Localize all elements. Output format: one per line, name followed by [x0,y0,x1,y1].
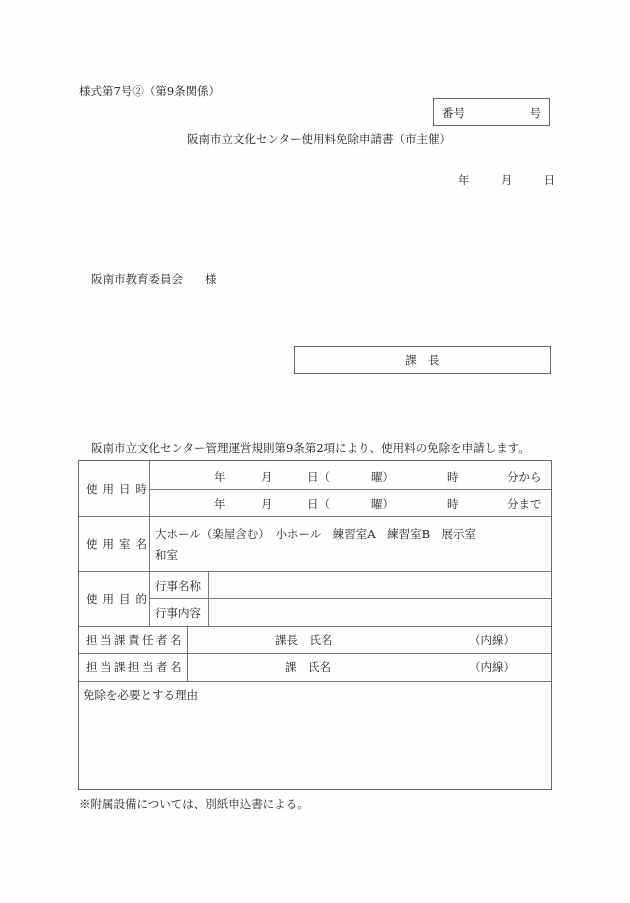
usage-datetime-label: 使用日時 [86,481,152,497]
end-hour: 時 [447,496,459,512]
reason-label: 免除を必要とする理由 [83,687,198,703]
start-hour: 時 [447,469,459,485]
start-minute: 分から [507,469,542,485]
addressee: 阪南市教育委員会様 [91,271,217,287]
col-divider [208,571,209,626]
event-name-label: 行事名称 [155,578,201,594]
end-minute: 分まで [507,496,542,512]
event-content-label: 行事内容 [155,605,201,621]
purpose-label: 使用目的 [86,591,152,607]
section-chief-box: 課 長 [294,346,551,374]
number-suffix: 号 [530,105,542,121]
addressee-honorific: 様 [205,272,217,286]
date-month: 月 [501,172,513,188]
application-date[interactable]: 年 月 日 [458,172,555,188]
date-year: 年 [458,172,470,188]
staff-title[interactable]: 課 氏名 [285,659,331,675]
addressee-name: 阪南市教育委員会 [91,272,183,286]
document-title: 阪南市立文化センター使用料免除申請書（市主催） [187,131,451,147]
room-name-label: 使用室名 [86,536,152,552]
responsible-label: 担当課責任者名 [86,632,184,648]
number-label: 番号 [442,105,465,121]
staff-label: 担当課担当者名 [86,659,184,675]
event-name-field[interactable] [214,573,544,597]
footnote: ※附属設備については、別紙申込書による。 [79,796,309,812]
row-divider [79,653,551,654]
application-table: 使用日時 年 月 日（ 曜） 時 分から 年 月 日（ 曜） 時 分まで 使用室… [78,460,552,790]
event-content-field[interactable] [214,600,544,624]
date-day: 日 [544,172,556,188]
start-year: 年 [214,469,226,485]
reason-field[interactable] [83,705,545,785]
number-box[interactable]: 番号 号 [433,98,550,126]
row-divider [149,598,551,599]
row-divider [79,681,551,682]
end-day: 日（ [307,496,330,512]
row-divider [79,626,551,627]
start-weekday: 曜） [371,469,394,485]
end-weekday: 曜） [371,496,394,512]
form-code: 様式第7号②（第9条関係） [79,83,220,99]
start-day: 日（ [307,469,330,485]
room-options-line2[interactable]: 和室 [155,547,178,563]
row-divider [149,489,551,490]
room-options-line1[interactable]: 大ホール（楽屋含む） 小ホール 練習室A 練習室B 展示室 [155,526,476,542]
start-month: 月 [261,469,273,485]
staff-extension[interactable]: （内線） [469,659,515,675]
col-divider [187,626,188,681]
responsible-title[interactable]: 課長 氏名 [275,632,333,648]
responsible-extension[interactable]: （内線） [469,632,515,648]
intro-statement: 阪南市立文化センター管理運営規則第9条第2項により、使用料の免除を申請します。 [91,440,530,456]
end-year: 年 [214,496,226,512]
end-month: 月 [261,496,273,512]
